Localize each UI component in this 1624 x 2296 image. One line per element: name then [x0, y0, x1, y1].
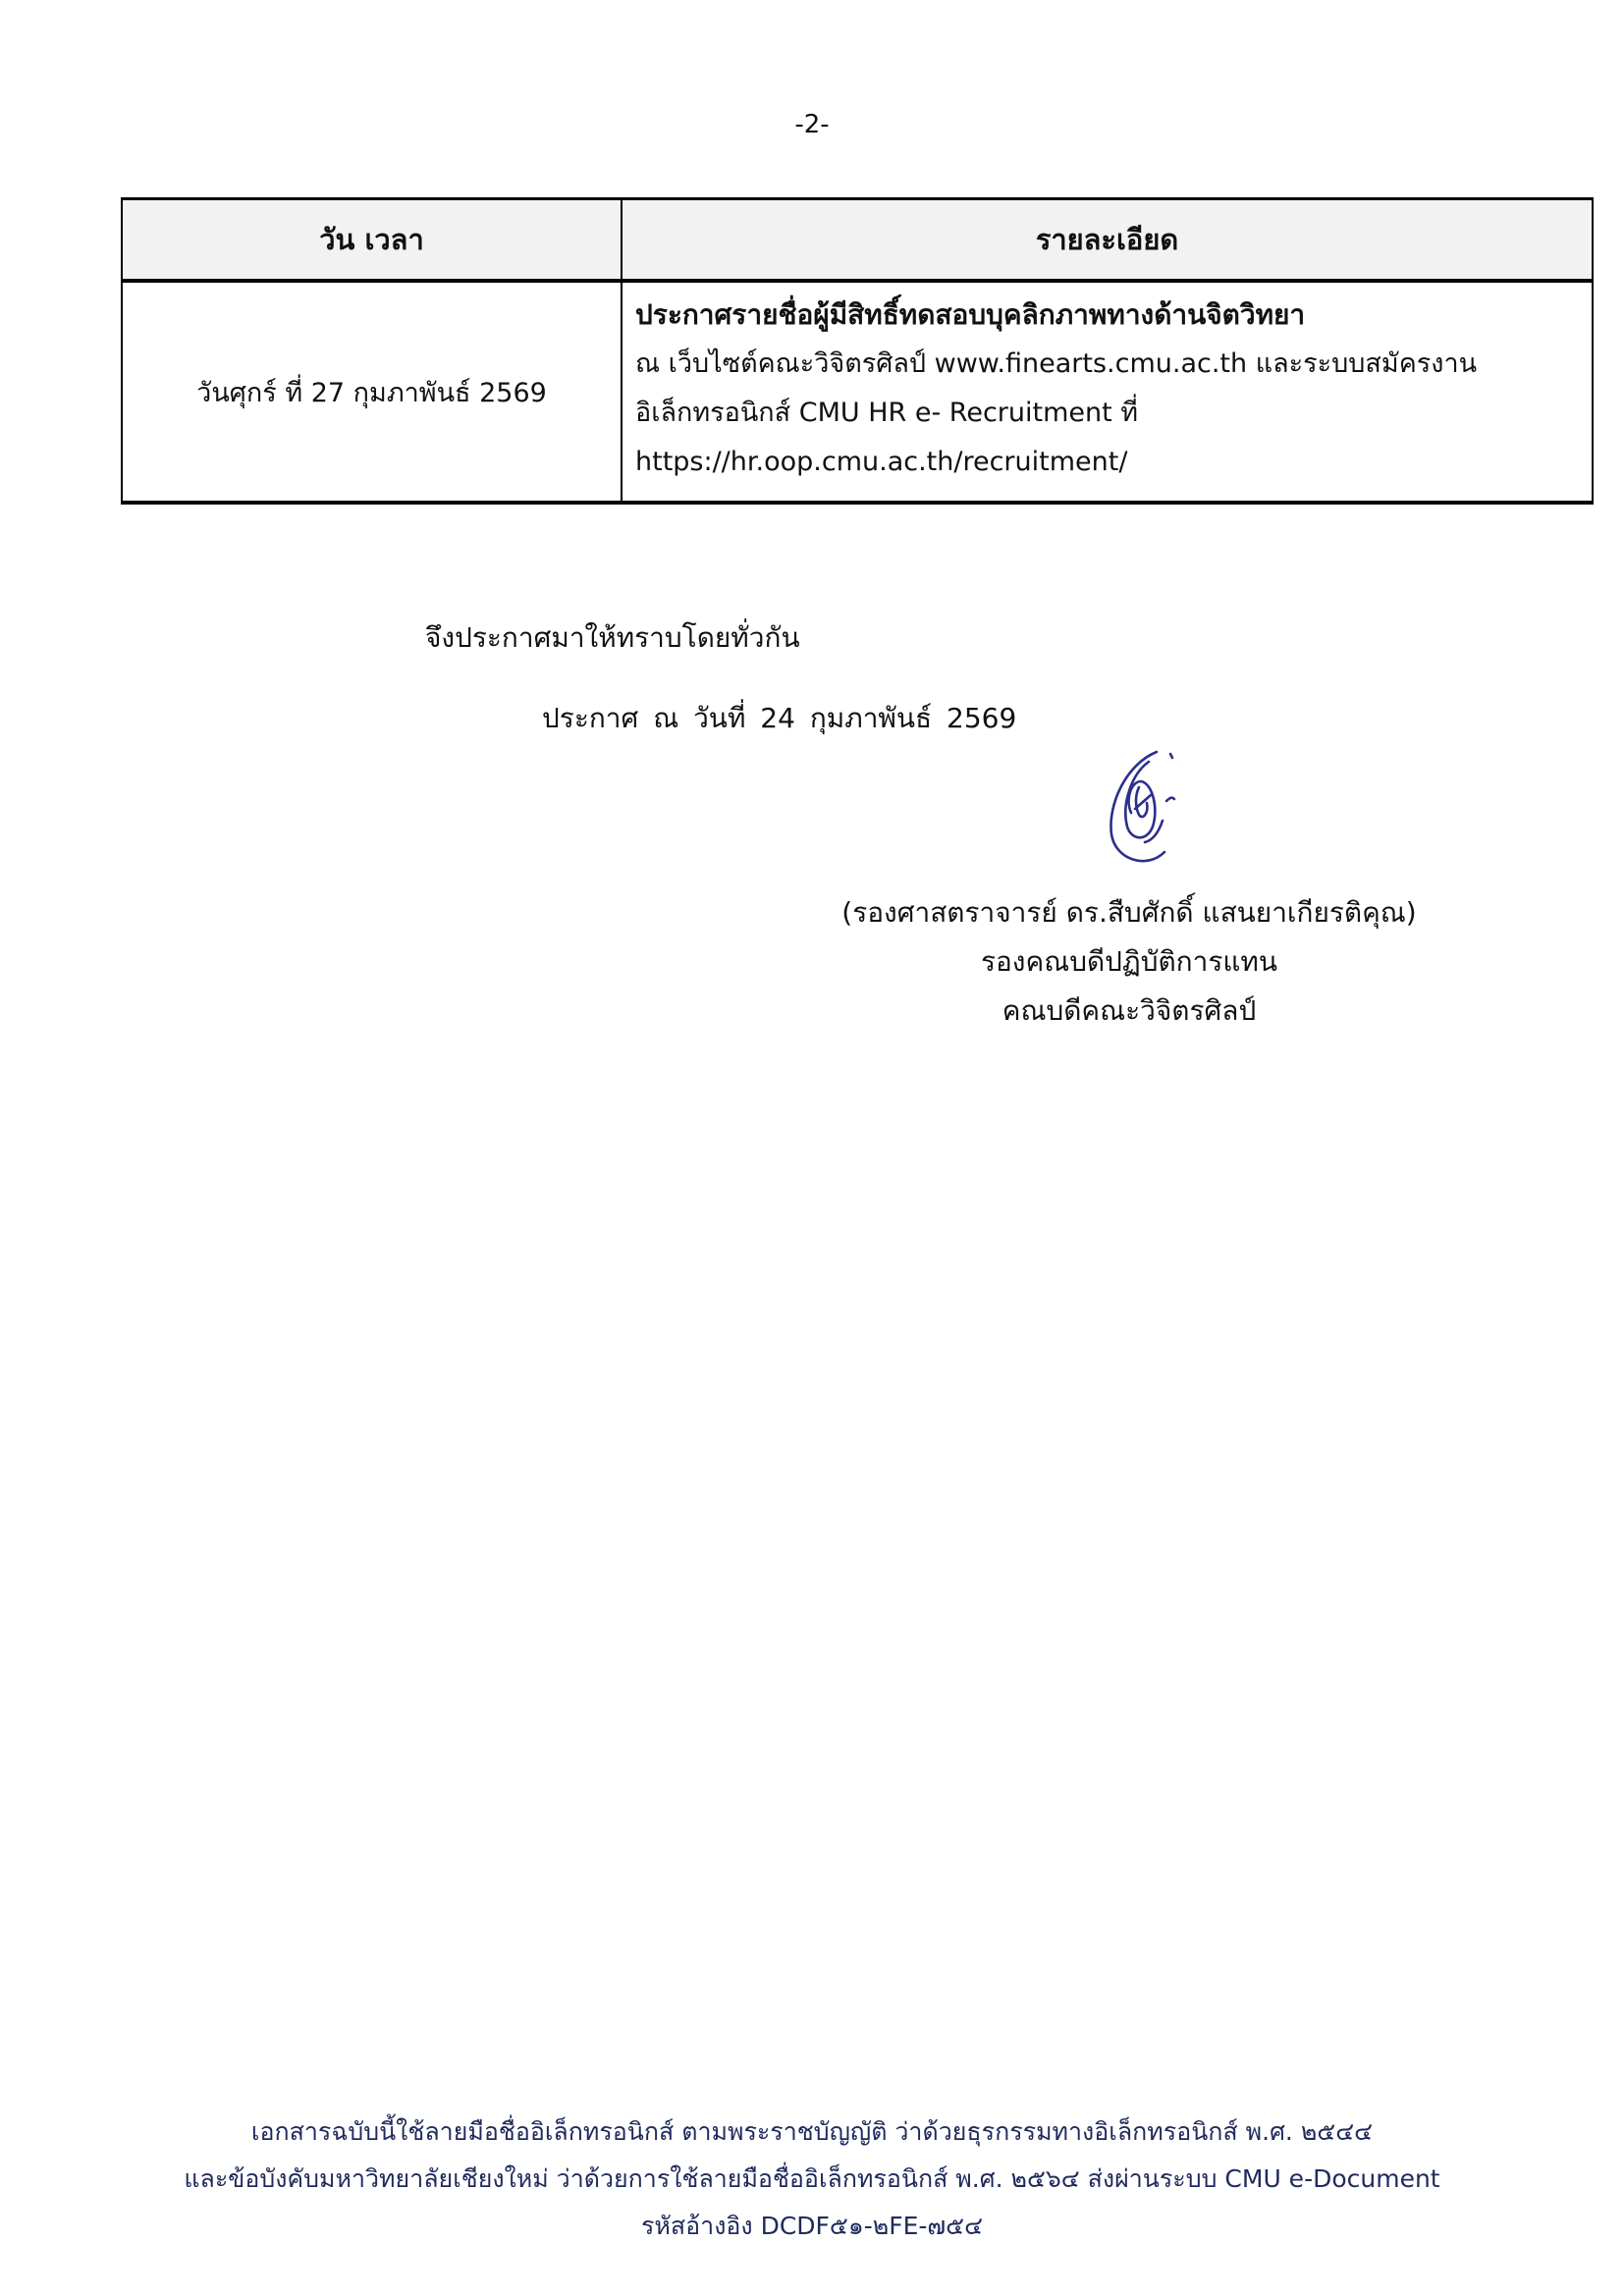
schedule-table: วัน เวลา รายละเอียด วันศุกร์ ที่ 27 กุมภ… [121, 197, 1594, 505]
signer-organization: คณบดีคณะวิจิตรศิลป์ [825, 987, 1434, 1036]
footer-line: และข้อบังคับมหาวิทยาลัยเชียงใหม่ ว่าด้วย… [0, 2156, 1624, 2203]
signer-block: (รองศาสตราจารย์ ดร.สืบศักดิ์ แสนยาเกียรต… [825, 888, 1434, 1036]
footer-reference-code: รหัสอ้างอิง DCDF๕๑-๒FE-๗๕๔ [0, 2203, 1624, 2250]
detail-url: https://hr.oop.cmu.ac.th/recruitment/ [635, 438, 1580, 487]
footer-line: เอกสารฉบับนี้ใช้ลายมือชื่ออิเล็กทรอนิกส์… [0, 2109, 1624, 2156]
signer-name: (รองศาสตราจารย์ ดร.สืบศักดิ์ แสนยาเกียรต… [825, 888, 1434, 937]
row-date: วันศุกร์ ที่ 27 กุมภาพันธ์ 2569 [122, 281, 622, 503]
signer-position: รองคณบดีปฏิบัติการแทน [825, 937, 1434, 987]
detail-title: ประกาศรายชื่อผู้มีสิทธิ์ทดสอบบุคลิกภาพทา… [635, 291, 1580, 340]
signature-icon [1088, 744, 1196, 872]
header-date-time: วัน เวลา [122, 199, 622, 282]
closing-statement: จึงประกาศมาให้ทราบโดยทั่วกัน [425, 616, 800, 660]
announcement-date: ประกาศ ณ วันที่ 24 กุมภาพันธ์ 2569 [542, 697, 1016, 740]
page-number: -2- [0, 110, 1624, 139]
table-row: วันศุกร์ ที่ 27 กุมภาพันธ์ 2569 ประกาศรา… [122, 281, 1593, 503]
detail-line: อิเล็กทรอนิกส์ CMU HR e- Recruitment ที่ [635, 389, 1580, 438]
header-details: รายละเอียด [622, 199, 1593, 282]
e-signature-footer: เอกสารฉบับนี้ใช้ลายมือชื่ออิเล็กทรอนิกส์… [0, 2109, 1624, 2250]
row-detail: ประกาศรายชื่อผู้มีสิทธิ์ทดสอบบุคลิกภาพทา… [622, 281, 1593, 503]
table-header-row: วัน เวลา รายละเอียด [122, 199, 1593, 282]
detail-line: ณ เว็บไซต์คณะวิจิตรศิลป์ www.finearts.cm… [635, 340, 1580, 389]
